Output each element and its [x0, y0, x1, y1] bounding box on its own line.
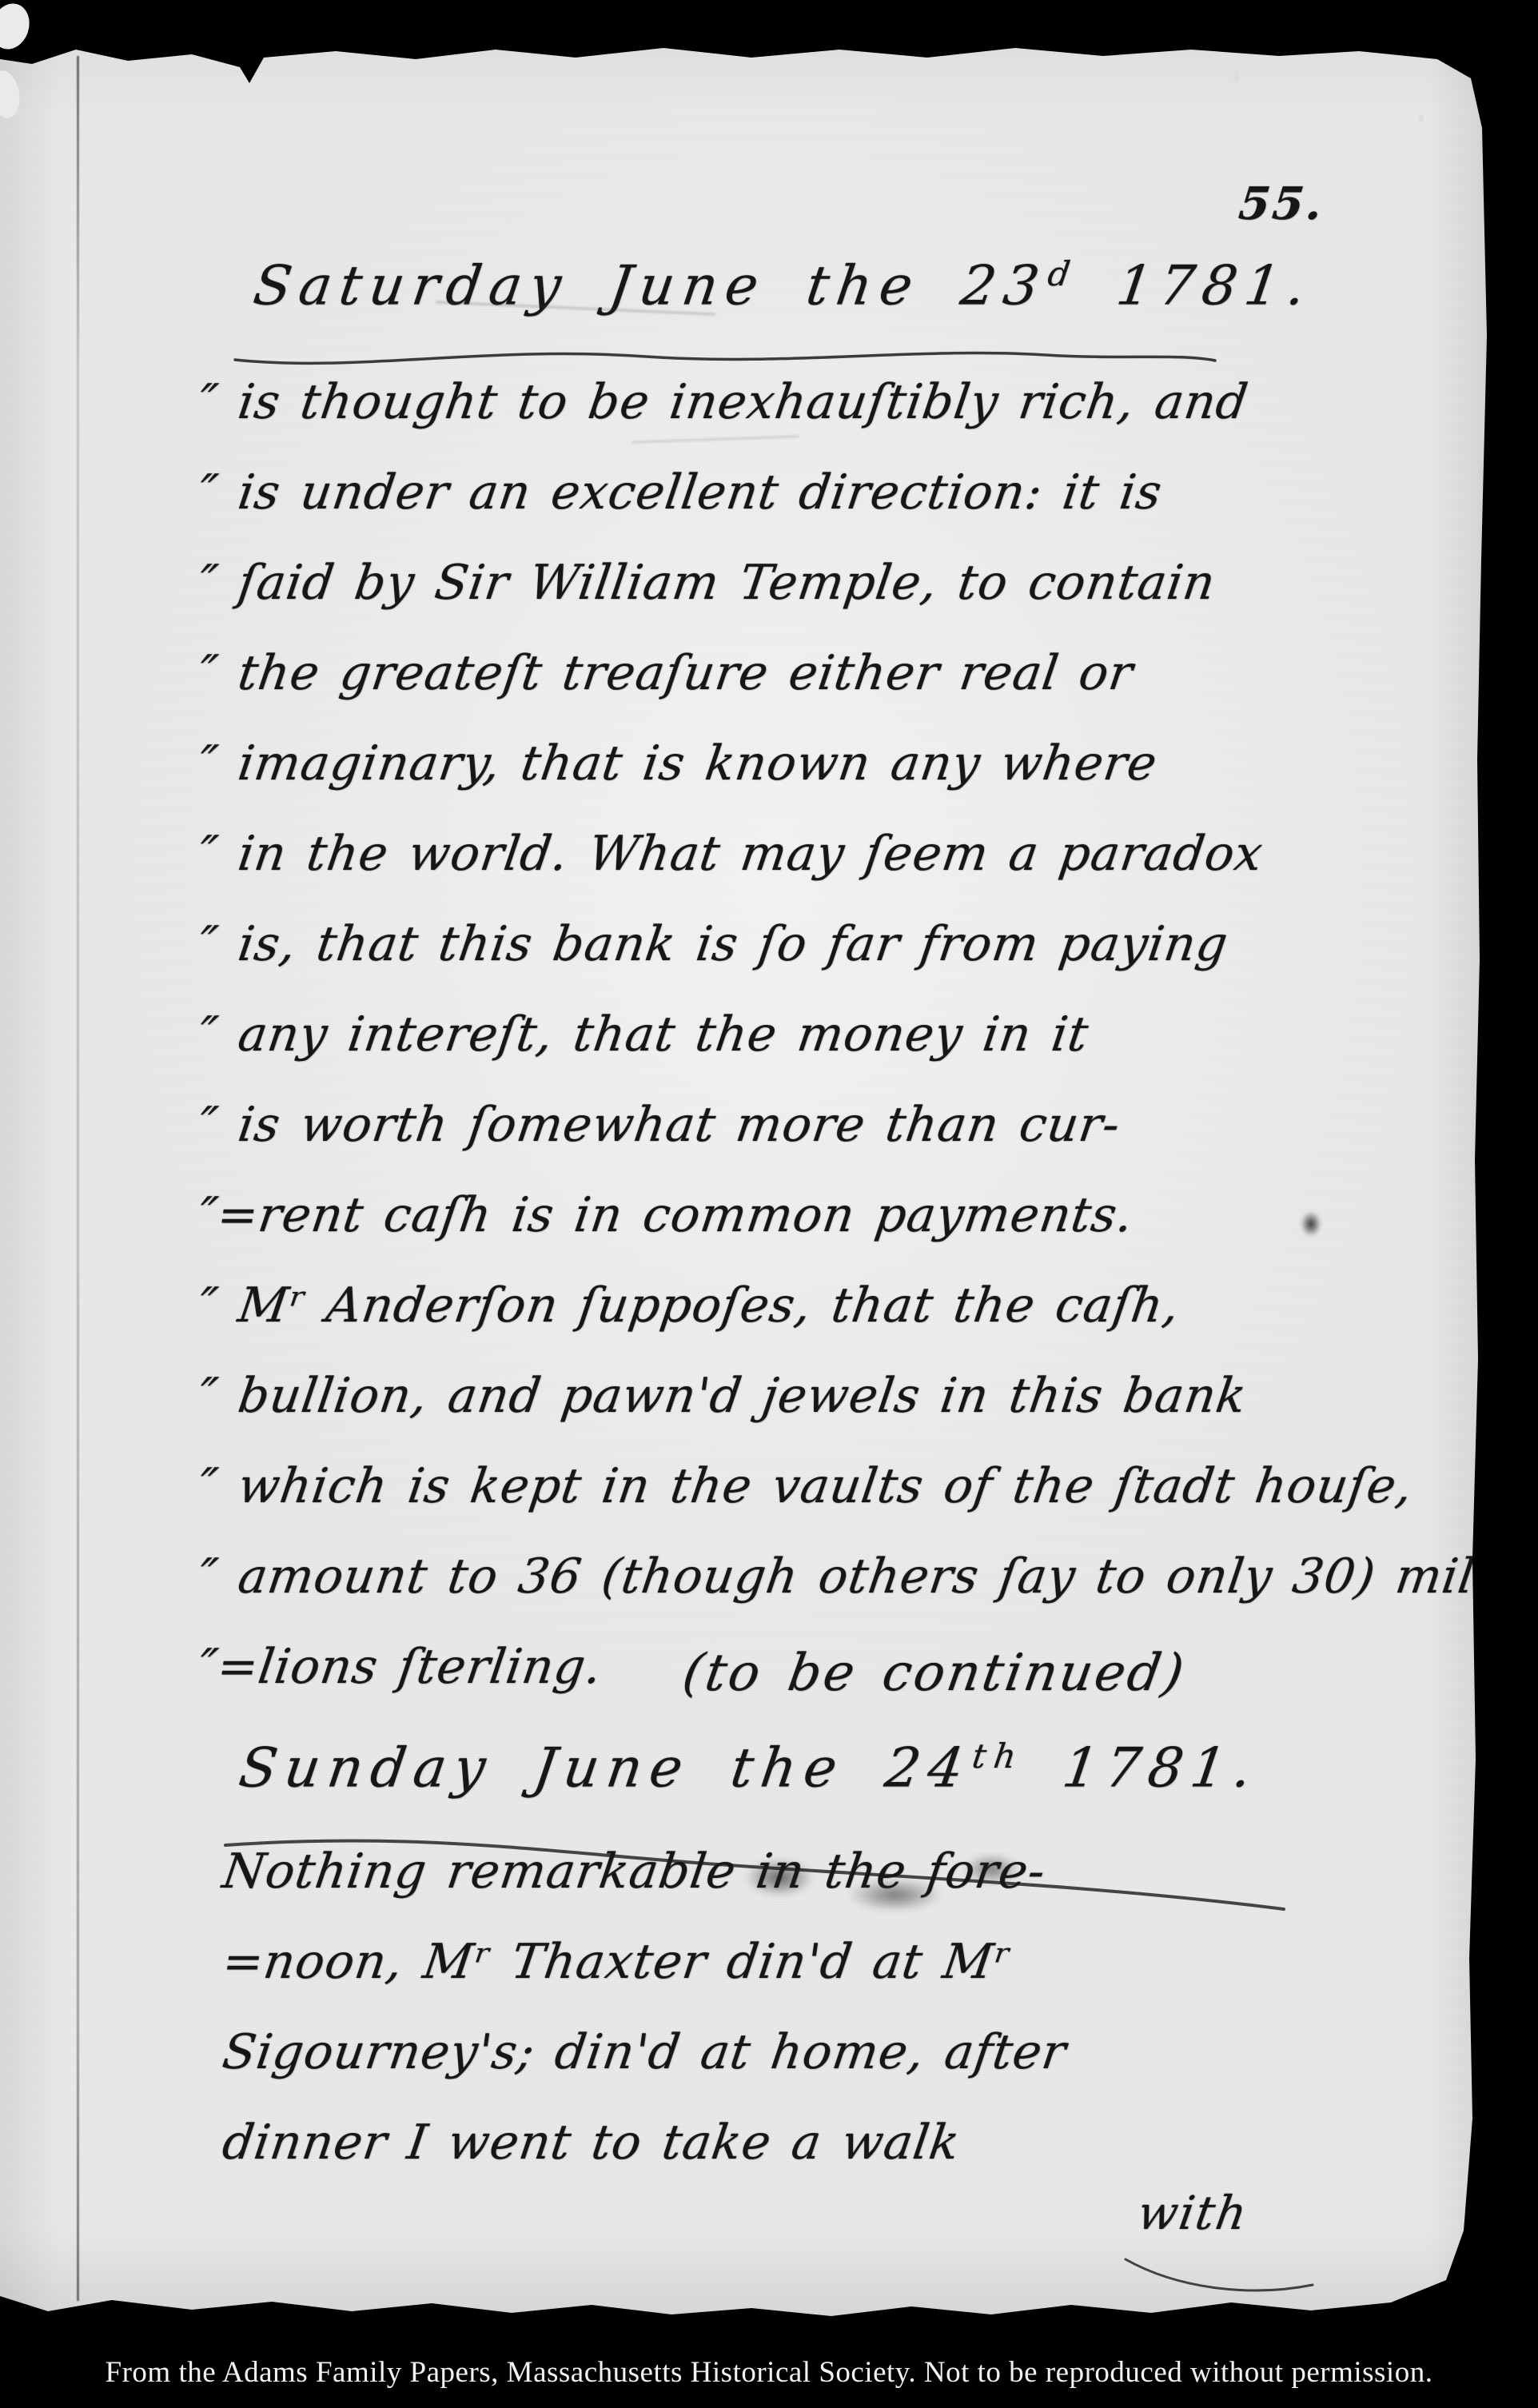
manuscript-line: ″ is thought to be inexhauſtibly rich, a…: [190, 374, 1520, 464]
heading-text: Sunday June the 24: [235, 1737, 975, 1800]
manuscript-line: ″ ſaid by Sir William Temple, to contain: [190, 555, 1520, 645]
manuscript-line: ″ which is kept in the vaults of the ſta…: [190, 1458, 1520, 1549]
manuscript-line: ″=rent caſh is in common payments.: [190, 1187, 1520, 1278]
heading-text: Saturday June the 23: [249, 255, 1050, 318]
manuscript-line: ″ imaginary, that is known any where: [190, 736, 1520, 826]
page-edge-fragment: [0, 0, 35, 54]
entry-body-sunday: Nothing remarkable in the fore- =noon, M…: [221, 1844, 1064, 2205]
to-be-continued-note: (to be continued): [679, 1644, 1190, 1703]
catchword: with: [1134, 2186, 1253, 2240]
dust-speck: [1233, 70, 1240, 82]
manuscript-line: ″ the greateſt treaſure either real or: [190, 645, 1520, 736]
page-number: 55.: [1237, 177, 1327, 230]
entry-heading-saturday: Saturday June the 23d 1781.: [249, 254, 1317, 318]
scan-canvas: { "page": { "number": "55.", "footer_cre…: [0, 0, 1538, 2408]
entry-heading-sunday: Sunday June the 24th 1781.: [235, 1736, 1263, 1800]
manuscript-line: ″ in the world. What may ſeem a paradox: [190, 826, 1520, 916]
manuscript-line: ″ any intereſt, that the money in it: [190, 1007, 1520, 1097]
heading-ordinal-suffix: th: [970, 1736, 1026, 1776]
heading-year: 1781.: [1018, 1737, 1263, 1800]
manuscript-line: ″ is worth ſomewhat more than cur-: [190, 1097, 1520, 1187]
entry-body-saturday: ″ is thought to be inexhauſtibly rich, a…: [197, 374, 1513, 1729]
manuscript-line: =noon, Mʳ Thaxter din'd at Mʳ: [214, 1934, 1070, 2024]
dust-speck: [1419, 114, 1424, 122]
manuscript-line: Nothing remarkable in the fore-: [214, 1844, 1070, 1934]
manuscript-line: ″ is, that this bank is ſo far from payi…: [190, 916, 1520, 1007]
manuscript-line: ″ amount to 36 (though others ſay to onl…: [190, 1549, 1520, 1639]
manuscript-line: dinner I went to take a walk: [214, 2115, 1070, 2205]
footer-credit: From the Adams Family Papers, Massachuse…: [0, 2355, 1538, 2390]
manuscript-page: 55. Saturday June the 23d 1781. ″ is tho…: [0, 0, 1488, 2320]
manuscript-line: ″ bullion, and pawn'd jewels in this ban…: [190, 1368, 1520, 1458]
manuscript-line: ″ is under an excellent direction: it is: [190, 464, 1520, 555]
manuscript-line: ″ Mʳ Anderſon ſuppoſes, that the caſh,: [190, 1278, 1520, 1368]
heading-underline-flourish: [230, 339, 1221, 377]
catchword-underline-flourish: [1121, 2251, 1325, 2307]
manuscript-line: Sigourney's; din'd at home, after: [214, 2024, 1070, 2115]
gutter-crease: [77, 56, 79, 2301]
heading-year: 1781.: [1071, 255, 1317, 318]
